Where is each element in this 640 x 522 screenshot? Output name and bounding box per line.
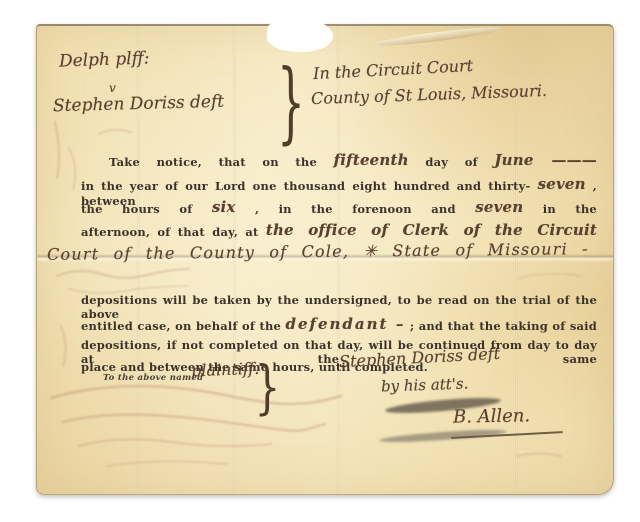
handwritten-hour-start: six [212, 198, 236, 216]
printed-text: in the [543, 202, 597, 216]
printed-text: , in the forenoon and [255, 202, 456, 216]
printed-text: entitled case, on behalf of the [81, 319, 281, 333]
handwritten-year: seven [538, 175, 586, 193]
addressee-label: To the above named [103, 373, 203, 383]
notice-line-4: afternoon, of that day, at the office of… [81, 222, 597, 240]
printed-text: in the year of our Lord one thousand eig… [81, 179, 531, 193]
printed-text: the hours of [81, 202, 192, 216]
plaintiff-name: Delph plff: [59, 48, 150, 71]
handwritten-party: defendant – [286, 315, 406, 333]
handwritten-month: June ——— [494, 151, 597, 169]
handwritten-day: fifteenth [334, 151, 409, 169]
notice-line-3: the hours of six , in the forenoon and s… [81, 199, 597, 217]
printed-text: day of [425, 155, 477, 169]
signature-attorney: B. Allen. [453, 405, 531, 427]
footer-brace: } [255, 358, 281, 416]
handwritten-hour-end: seven [475, 198, 523, 216]
notice-line-6: entitled case, on behalf of the defendan… [81, 316, 597, 334]
printed-text: ; and that the taking of said [410, 319, 597, 333]
document-paper: Delph plff: v Stephen Doriss deft } In t… [36, 24, 614, 495]
handwritten-addressee: plaintiff. [191, 359, 260, 380]
printed-text: afternoon, of that day, at [81, 225, 259, 239]
notice-line-1: Take notice, that on the fifteenth day o… [81, 152, 597, 170]
printed-text: Take notice, that on the [109, 155, 317, 169]
signature-attorney-for: by his att's. [381, 374, 469, 395]
handwritten-place-1: the office of Clerk of the Circuit [266, 221, 597, 239]
versus-mark: v [109, 81, 116, 95]
caption-brace: } [277, 58, 305, 146]
